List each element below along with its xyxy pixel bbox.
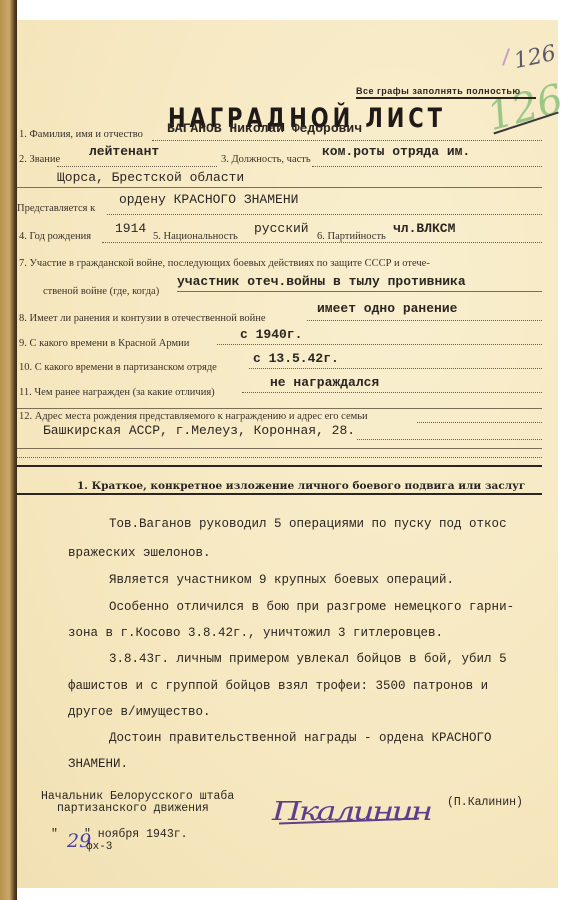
signatory-name: (П.Калинин) bbox=[447, 796, 523, 809]
narrative-line: 3.8.43г. личным примером увлекал бойцов … bbox=[109, 652, 507, 666]
narrative-line: Достоин правительственной награды - орде… bbox=[109, 731, 492, 745]
field-value-nationality: русский bbox=[254, 221, 309, 236]
field-value-partisan-since: с 13.5.42г. bbox=[253, 351, 339, 366]
narrative-line: Является участником 9 крупных боевых опе… bbox=[109, 573, 454, 587]
field-value-wounds: имеет одно ранение bbox=[317, 301, 457, 316]
field-value-nominated: ордену КРАСНОГО ЗНАМЕНИ bbox=[119, 192, 298, 207]
field-label-position: 3. Должность, часть bbox=[221, 154, 311, 165]
field-label-full-name: 1. Фамилия, имя и отчество bbox=[19, 129, 143, 140]
archive-page-number-pencil: 126 bbox=[512, 41, 558, 74]
field-line bbox=[17, 457, 542, 458]
reference-code: фх-3 bbox=[86, 841, 112, 853]
field-line bbox=[17, 448, 542, 449]
narrative-line: вражеских эшелонов. bbox=[68, 546, 211, 560]
field-label-party: 6. Партийность bbox=[317, 231, 386, 242]
book-binding-edge bbox=[0, 0, 17, 900]
field-label-wounds: 8. Имеет ли ранения и контузии в отечест… bbox=[19, 313, 265, 324]
field-label-birth-year: 4. Год рождения bbox=[19, 231, 91, 242]
field-value-rank: лейтенант bbox=[89, 144, 159, 159]
field-line bbox=[17, 187, 542, 188]
field-line bbox=[217, 344, 542, 345]
field-line bbox=[417, 422, 542, 423]
field-line bbox=[242, 392, 542, 393]
field-value-red-army-since: с 1940г. bbox=[240, 327, 302, 342]
field-value-war-participation: участник отеч.войны в тылу противника bbox=[177, 274, 466, 289]
signatory-title-line2: партизанского движения bbox=[57, 802, 209, 815]
section-rule-bottom bbox=[17, 493, 542, 495]
field-line bbox=[177, 291, 542, 292]
field-value-full-name: ВАГАНОВ Николай Федорович bbox=[167, 121, 362, 136]
notice-underline bbox=[356, 97, 536, 99]
field-value-prior-awards: не награждался bbox=[270, 375, 379, 390]
date-open-quote: " bbox=[51, 828, 58, 841]
field-label-nominated: Представляется к bbox=[17, 203, 95, 214]
pencil-tick-mark bbox=[502, 48, 510, 66]
field-value-position-cont: Щорса, Брестской области bbox=[57, 170, 244, 185]
section-rule-top bbox=[17, 465, 542, 467]
field-line bbox=[152, 140, 542, 141]
field-label-address: 12. Адрес места рождения представляемого… bbox=[19, 411, 368, 422]
field-label-nationality: 5. Национальность bbox=[153, 231, 238, 242]
field-line bbox=[17, 408, 542, 409]
narrative-line: ЗНАМЕНИ. bbox=[68, 757, 128, 771]
narrative-line: Тов.Ваганов руководил 5 операциями по пу… bbox=[109, 517, 507, 531]
field-value-address: Башкирская АССР, г.Мелеуз, Коронная, 28. bbox=[43, 423, 355, 438]
narrative-line: Особенно отличился в бою при разгроме не… bbox=[109, 600, 514, 614]
field-line bbox=[307, 320, 542, 321]
field-label-war-participation-cont: ственой войне (где, когда) bbox=[43, 286, 159, 297]
field-line bbox=[107, 214, 542, 215]
field-label-prior-awards: 11. Чем ранее награжден (за какие отличи… bbox=[19, 387, 215, 398]
date-text: " ноября 1943г. bbox=[84, 828, 188, 841]
narrative-line: зона в г.Косово 3.8.42г., уничтожил 3 ги… bbox=[68, 626, 443, 640]
field-label-war-participation: 7. Участие в гражданской войне, последую… bbox=[19, 258, 430, 269]
field-value-position: ком.роты отряда им. bbox=[322, 144, 470, 159]
field-value-birth-year: 1914 bbox=[115, 221, 146, 236]
field-label-rank: 2. Звание bbox=[19, 154, 60, 165]
field-line bbox=[249, 368, 542, 369]
section-heading: 1. Краткое, конкретное изложение личного… bbox=[77, 480, 525, 492]
field-line bbox=[312, 166, 542, 167]
field-line bbox=[57, 166, 217, 167]
narrative-line: другое в/имущество. bbox=[68, 705, 211, 719]
field-line bbox=[357, 439, 542, 440]
narrative-line: фашистов и с группой бойцов взял трофеи:… bbox=[68, 679, 488, 693]
field-line bbox=[102, 242, 542, 243]
award-sheet-page: 126 126 Все графы заполнять полностью НА… bbox=[17, 20, 558, 888]
field-label-partisan-since: 10. С какого времени в партизанском отря… bbox=[19, 362, 217, 373]
fill-all-fields-notice: Все графы заполнять полностью bbox=[356, 86, 521, 96]
field-value-party: чл.ВЛКСМ bbox=[393, 221, 455, 236]
field-label-red-army-since: 9. С какого времени в Красной Армии bbox=[19, 338, 189, 349]
